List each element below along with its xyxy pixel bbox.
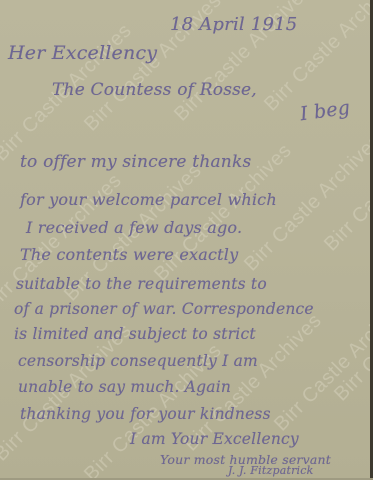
body-line: suitable to the requirements to <box>16 275 267 293</box>
body-line: The contents were exactly <box>20 245 238 264</box>
watermark: Birr Castle Archives <box>330 260 373 407</box>
salutation-line: I beg <box>299 97 352 126</box>
closing-line: I am Your Excellency <box>130 430 299 448</box>
body-line: unable to say much. Again <box>18 378 231 396</box>
letter-page: Birr Castle Archives Birr Castle Archive… <box>0 0 373 480</box>
letter-date: 18 April 1915 <box>170 14 297 35</box>
body-line: censorship consequently I am <box>18 352 258 370</box>
salutation-line: The Countess of Rosse, <box>52 80 257 100</box>
salutation-line: Her Excellency <box>8 42 157 64</box>
watermark: Birr Castle Archives <box>320 110 373 257</box>
body-line: of a prisoner of war. Correspondence <box>14 300 314 318</box>
body-line: I received a few days ago. <box>26 218 242 237</box>
body-line: is limited and subject to strict <box>14 325 256 343</box>
body-line: to offer my sincere thanks <box>20 152 251 172</box>
body-line: for your welcome parcel which <box>20 190 277 209</box>
signature: J. J. Fitzpatrick <box>228 464 314 477</box>
body-line: thanking you for your kindness <box>20 405 271 423</box>
